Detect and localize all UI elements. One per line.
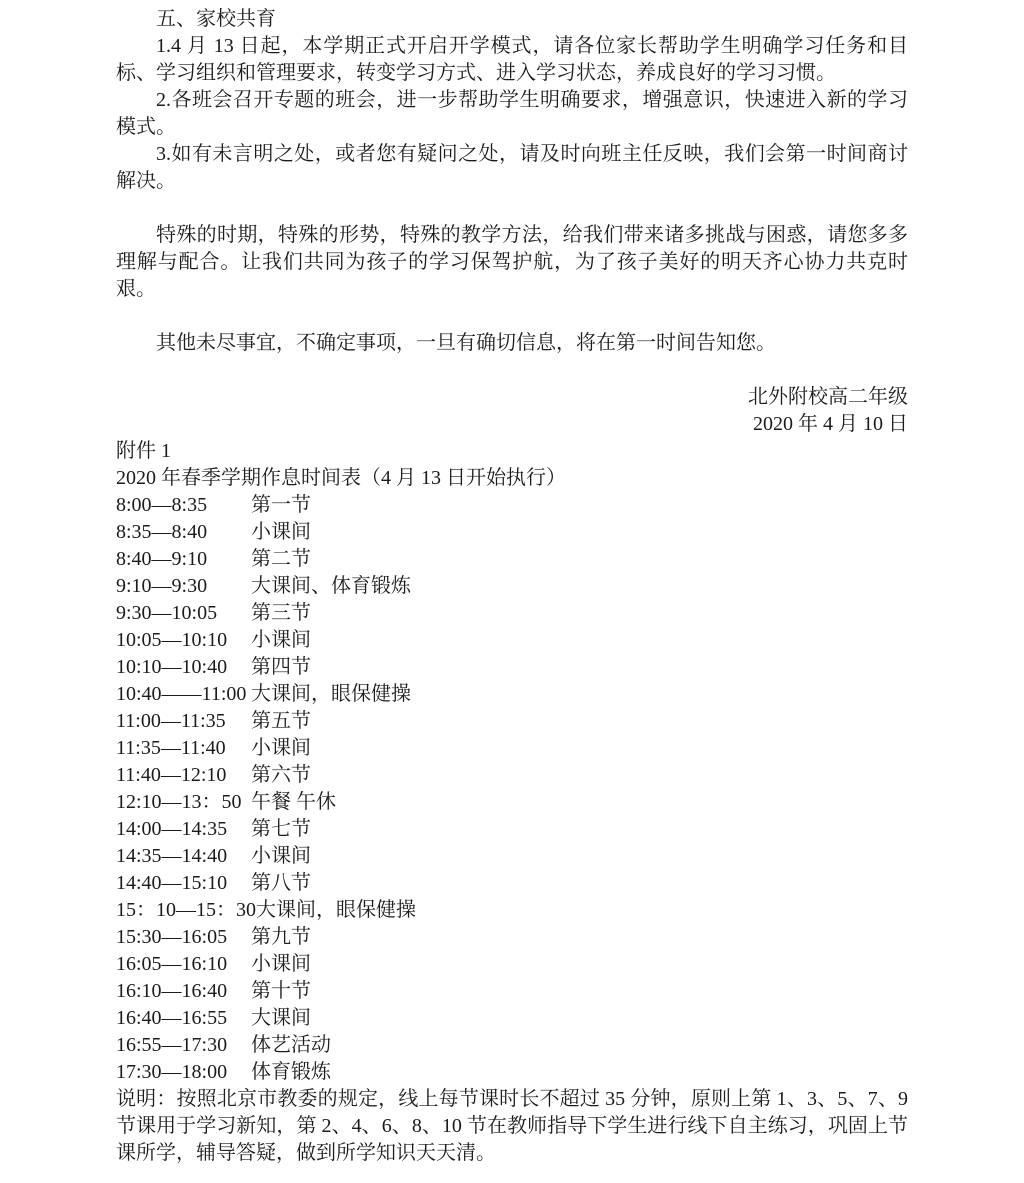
schedule-row: 11:40—12:10第六节: [116, 762, 908, 789]
schedule-time: 16:55—17:30: [116, 1032, 251, 1059]
schedule-activity: 小课间: [251, 521, 311, 543]
signature-organization: 北外附校高二年级: [116, 384, 908, 411]
schedule-time: 16:40—16:55: [116, 1005, 251, 1032]
schedule-activity: 第三节: [251, 602, 311, 624]
schedule-row: 16:10—16:40第十节: [116, 978, 908, 1005]
spacer: [116, 303, 908, 330]
schedule-time: 15:30—16:05: [116, 924, 251, 951]
attachment-label: 附件 1: [116, 438, 908, 465]
schedule-activity: 小课间: [251, 629, 311, 651]
signature-date: 2020 年 4 月 10 日: [116, 411, 908, 438]
schedule-time: 10:05—10:10: [116, 627, 251, 654]
schedule-activity: 大课间，眼保健操: [251, 683, 411, 705]
schedule-activity: 第八节: [251, 872, 311, 894]
schedule-time: 14:00—14:35: [116, 816, 251, 843]
attachment-title: 2020 年春季学期作息时间表（4 月 13 日开始执行）: [116, 465, 908, 492]
schedule-row: 9:30—10:05第三节: [116, 600, 908, 627]
schedule-time: 16:05—16:10: [116, 951, 251, 978]
schedule-time: 8:00—8:35: [116, 492, 251, 519]
schedule-row: 8:00—8:35第一节: [116, 492, 908, 519]
schedule-time: 15：10—15：30: [116, 897, 256, 924]
schedule-time: 9:30—10:05: [116, 600, 251, 627]
body-paragraph-1: 1.4 月 13 日起，本学期正式开启开学模式，请各位家长帮助学生明确学习任务和…: [116, 33, 908, 87]
schedule-activity: 小课间: [251, 953, 311, 975]
followup-paragraph: 其他未尽事宜，不确定事项，一旦有确切信息，将在第一时间告知您。: [116, 330, 908, 357]
schedule-activity: 大课间: [251, 1007, 311, 1029]
schedule-activity: 第十节: [251, 980, 311, 1002]
schedule-time: 16:10—16:40: [116, 978, 251, 1005]
schedule-activity: 体育锻炼: [251, 1061, 331, 1083]
note-paragraph: 说明：按照北京市教委的规定，线上每节课时长不超过 35 分钟，原则上第 1、3、…: [116, 1086, 908, 1167]
schedule-row: 15：10—15：30大课间，眼保健操: [116, 897, 908, 924]
schedule-time: 11:35—11:40: [116, 735, 251, 762]
schedule-time: 14:40—15:10: [116, 870, 251, 897]
schedule-row: 14:35—14:40小课间: [116, 843, 908, 870]
schedule-row: 8:35—8:40小课间: [116, 519, 908, 546]
schedule-activity: 第一节: [251, 494, 311, 516]
schedule-activity: 大课间，眼保健操: [256, 899, 416, 921]
schedule-row: 12:10—13：50午餐 午休: [116, 789, 908, 816]
schedule-time: 14:35—14:40: [116, 843, 251, 870]
schedule-time: 8:35—8:40: [116, 519, 251, 546]
schedule-time: 8:40—9:10: [116, 546, 251, 573]
schedule-activity: 小课间: [251, 845, 311, 867]
schedule-activity: 第七节: [251, 818, 311, 840]
schedule-row: 17:30—18:00体育锻炼: [116, 1059, 908, 1086]
schedule-time: 10:10—10:40: [116, 654, 251, 681]
schedule-activity: 第五节: [251, 710, 311, 732]
section-heading: 五、家校共育: [116, 6, 908, 33]
schedule-row: 15:30—16:05第九节: [116, 924, 908, 951]
schedule-time: 10:40——11:00: [116, 681, 251, 708]
schedule-activity: 第二节: [251, 548, 311, 570]
schedule-time: 17:30—18:00: [116, 1059, 251, 1086]
schedule-activity: 小课间: [251, 737, 311, 759]
schedule-row: 14:40—15:10第八节: [116, 870, 908, 897]
schedule-activity: 午餐 午休: [251, 791, 336, 813]
body-paragraph-3: 3.如有未言明之处，或者您有疑问之处，请及时向班主任反映，我们会第一时间商讨解决…: [116, 141, 908, 195]
schedule-row: 16:40—16:55大课间: [116, 1005, 908, 1032]
schedule-row: 10:05—10:10小课间: [116, 627, 908, 654]
schedule-row: 16:05—16:10小课间: [116, 951, 908, 978]
schedule-row: 11:35—11:40小课间: [116, 735, 908, 762]
schedule-activity: 第四节: [251, 656, 311, 678]
schedule-activity: 第六节: [251, 764, 311, 786]
schedule-row: 8:40—9:10第二节: [116, 546, 908, 573]
schedule-activity: 第九节: [251, 926, 311, 948]
schedule-activity: 大课间、体育锻炼: [251, 575, 411, 597]
schedule-time: 11:40—12:10: [116, 762, 251, 789]
schedule-row: 11:00—11:35第五节: [116, 708, 908, 735]
body-paragraph-2: 2.各班会召开专题的班会，进一步帮助学生明确要求，增强意识，快速进入新的学习模式…: [116, 87, 908, 141]
spacer: [116, 195, 908, 222]
document-page: 五、家校共育 1.4 月 13 日起，本学期正式开启开学模式，请各位家长帮助学生…: [0, 0, 1024, 1183]
schedule-time: 12:10—13：50: [116, 789, 251, 816]
spacer: [116, 357, 908, 384]
schedule-time: 11:00—11:35: [116, 708, 251, 735]
closing-paragraph: 特殊的时期，特殊的形势，特殊的教学方法，给我们带来诸多挑战与困惑，请您多多理解与…: [116, 222, 908, 303]
schedule-table: 8:00—8:35第一节 8:35—8:40小课间 8:40—9:10第二节 9…: [116, 492, 908, 1086]
schedule-time: 9:10—9:30: [116, 573, 251, 600]
schedule-row: 9:10—9:30大课间、体育锻炼: [116, 573, 908, 600]
schedule-row: 14:00—14:35第七节: [116, 816, 908, 843]
schedule-row: 10:10—10:40第四节: [116, 654, 908, 681]
schedule-row: 16:55—17:30体艺活动: [116, 1032, 908, 1059]
schedule-activity: 体艺活动: [251, 1034, 331, 1056]
schedule-row: 10:40——11:00大课间，眼保健操: [116, 681, 908, 708]
